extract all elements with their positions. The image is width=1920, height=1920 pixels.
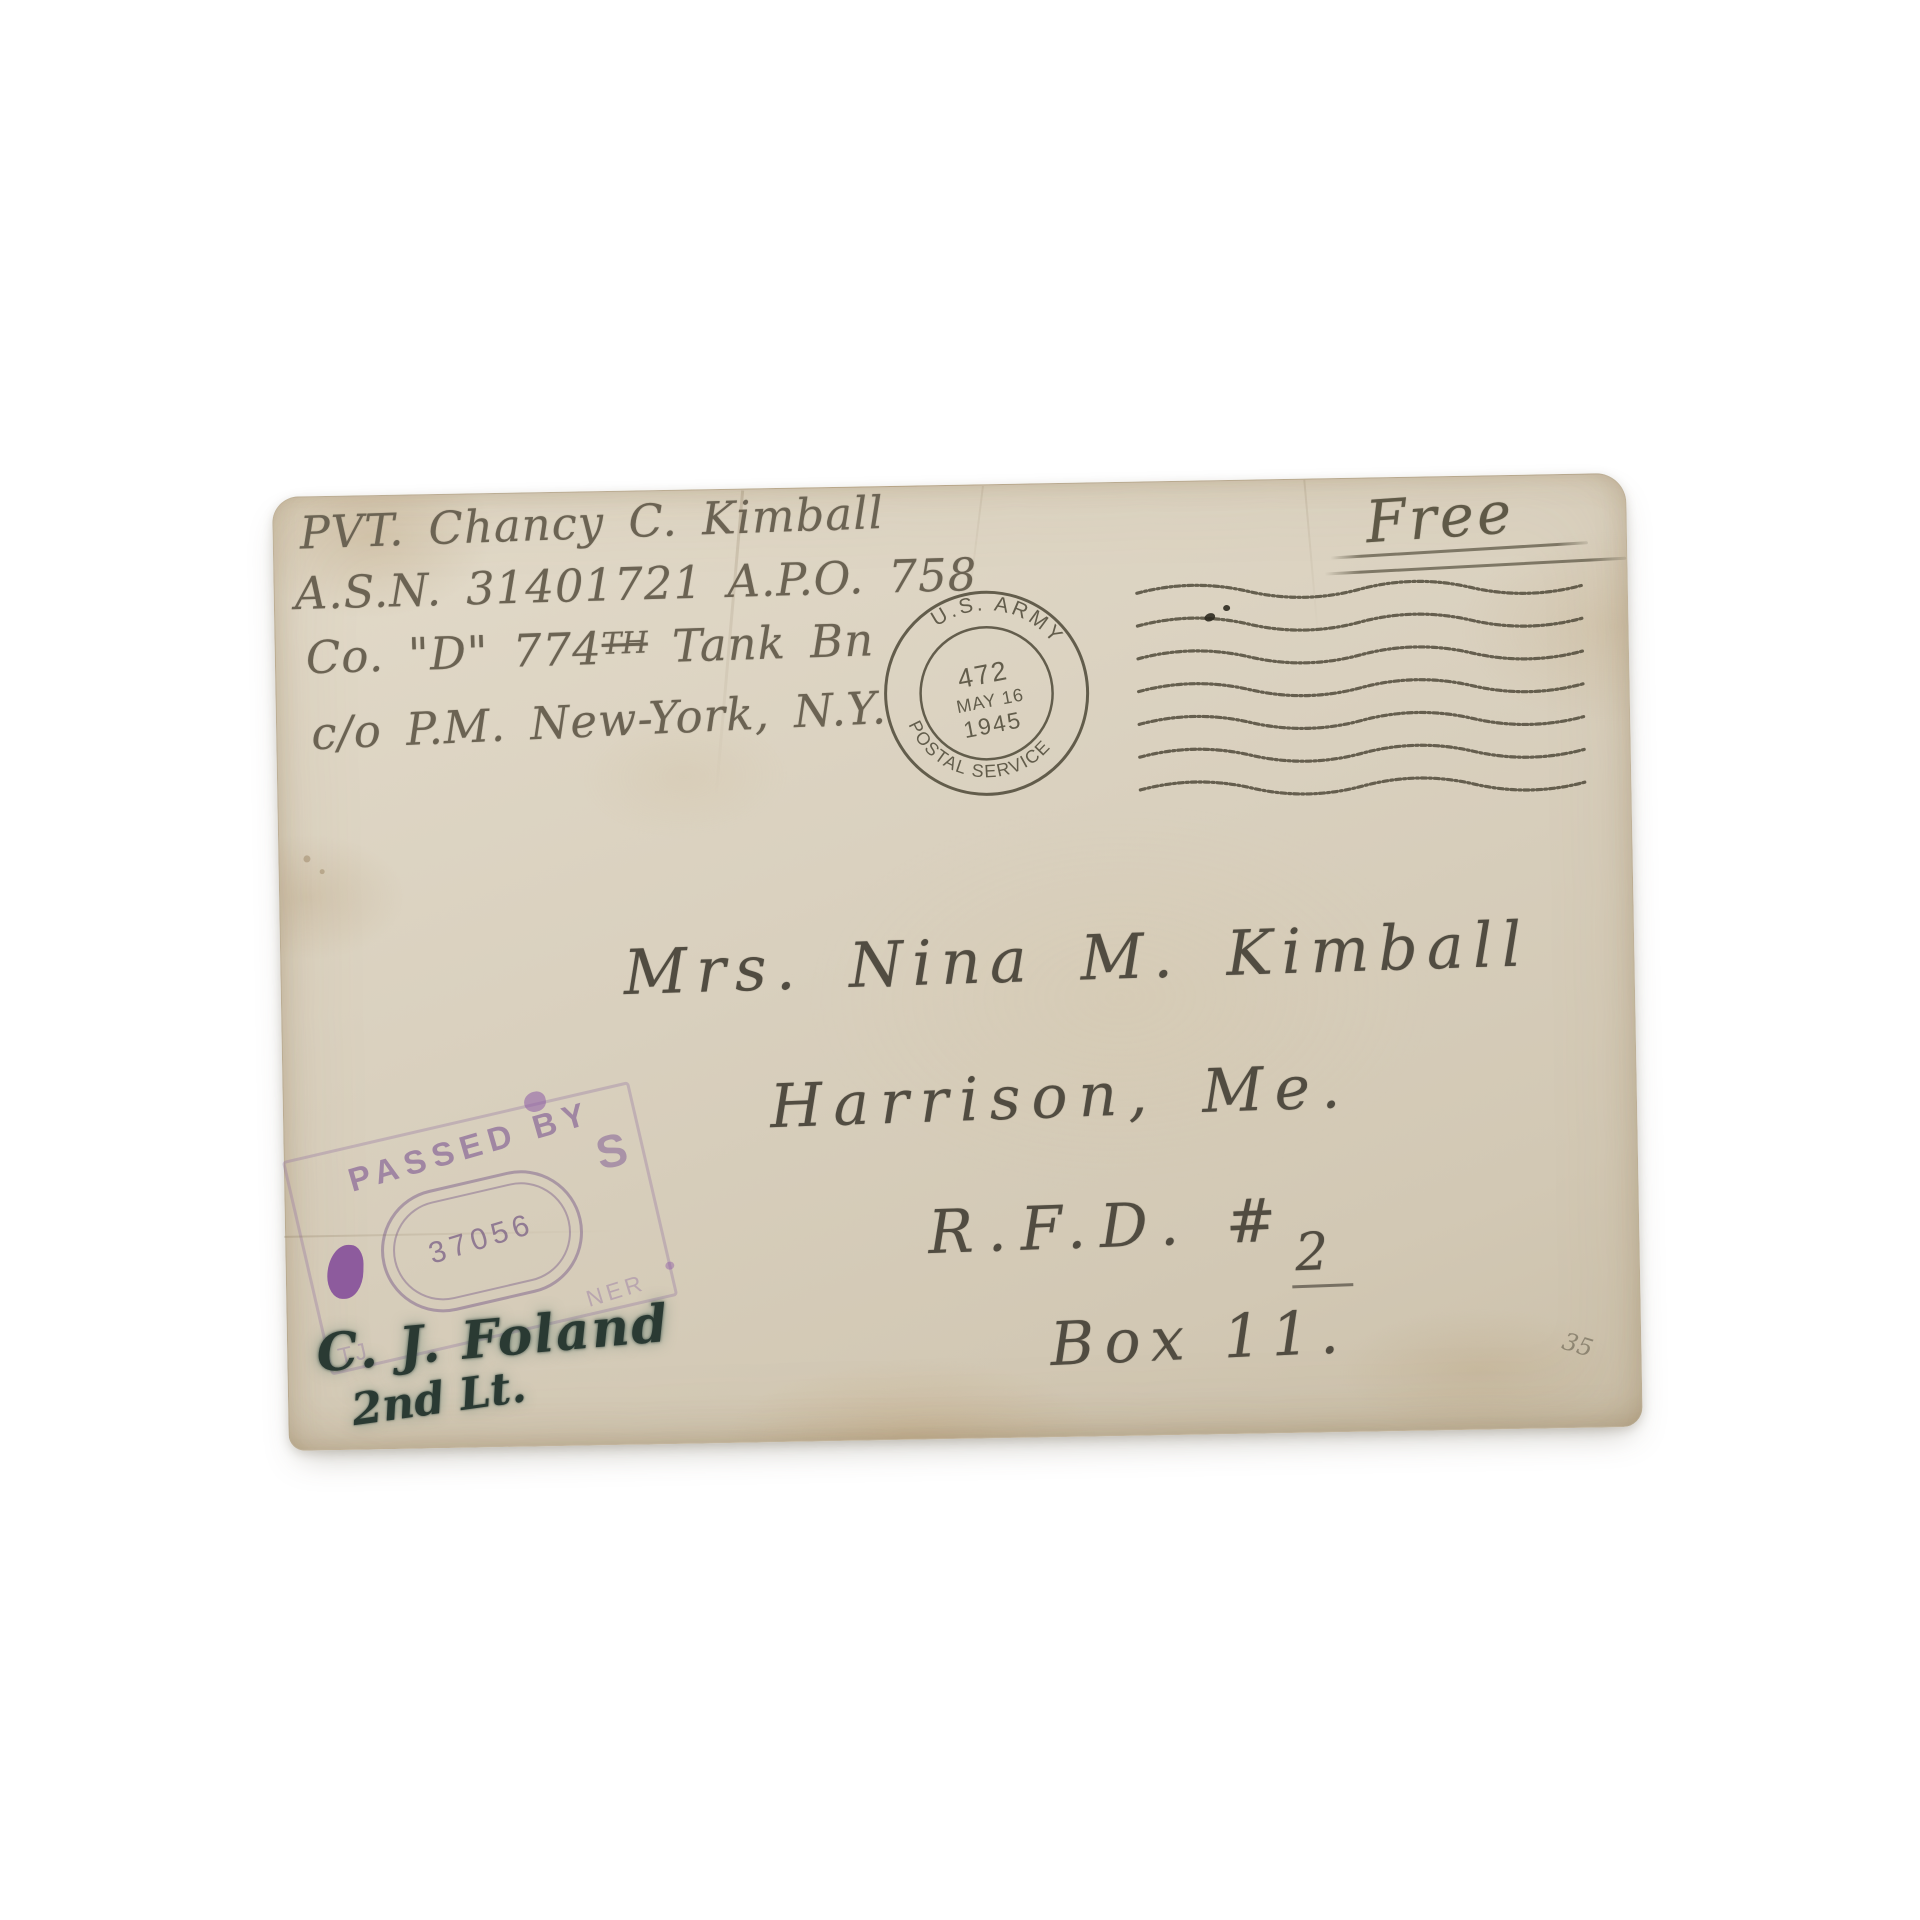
censor-number: 37056 (382, 1194, 581, 1284)
recipient-line-3: R.F.D. #2 (927, 1183, 1352, 1271)
stain-dot (320, 869, 325, 874)
return-address-line-4: c/o P.M. New-York, N.Y. (310, 681, 888, 760)
free-underline-2 (1325, 557, 1627, 576)
wavy-line (1140, 742, 1585, 764)
wavy-line (1139, 710, 1584, 732)
recipient-line-1: Mrs. Nina M. Kimball (622, 907, 1531, 1009)
return-address-line-1: PVT. Chancy C. Kimball (299, 486, 885, 560)
return-address-line-3: Co. "D" 774TH Tank Bn (305, 613, 875, 684)
photo-background: PVT. Chancy C. Kimball A.S.N. 31401721 A… (0, 0, 1920, 1920)
wavy-line (1137, 578, 1582, 600)
rfd-number: 2 (1290, 1221, 1353, 1288)
recipient-line-4: Box 11. (1049, 1297, 1350, 1380)
envelope: PVT. Chancy C. Kimball A.S.N. 31401721 A… (272, 473, 1643, 1451)
stain-dot (303, 855, 310, 862)
rfd-label: R.F.D. # (927, 1185, 1291, 1268)
censor-ink-blob (327, 1245, 364, 1300)
pencil-note-35: 35 (1559, 1327, 1596, 1363)
wavy-line (1138, 644, 1583, 666)
army-postmark-stamp: U.S. ARMY POSTAL SERVICE 472 MAY 16 1945 (861, 567, 1113, 819)
unit-tank-bn: Tank Bn (647, 613, 875, 673)
censor-ink-dot-small (665, 1261, 676, 1271)
ordinal-th: TH (601, 626, 648, 662)
free-frank-marking: Free (1363, 478, 1516, 556)
return-address-line-2: A.S.N. 31401721 A.P.O. 758 (294, 548, 978, 620)
wavy-line (1140, 775, 1585, 797)
censor-letter-s: S (591, 1121, 633, 1181)
recipient-line-2: Harrison, Me. (769, 1052, 1352, 1142)
wavy-line (1137, 611, 1582, 633)
cancellation-wavy-lines (1133, 575, 1589, 808)
unit-company: Co. "D" 774 (305, 622, 603, 684)
wavy-line (1138, 677, 1583, 699)
